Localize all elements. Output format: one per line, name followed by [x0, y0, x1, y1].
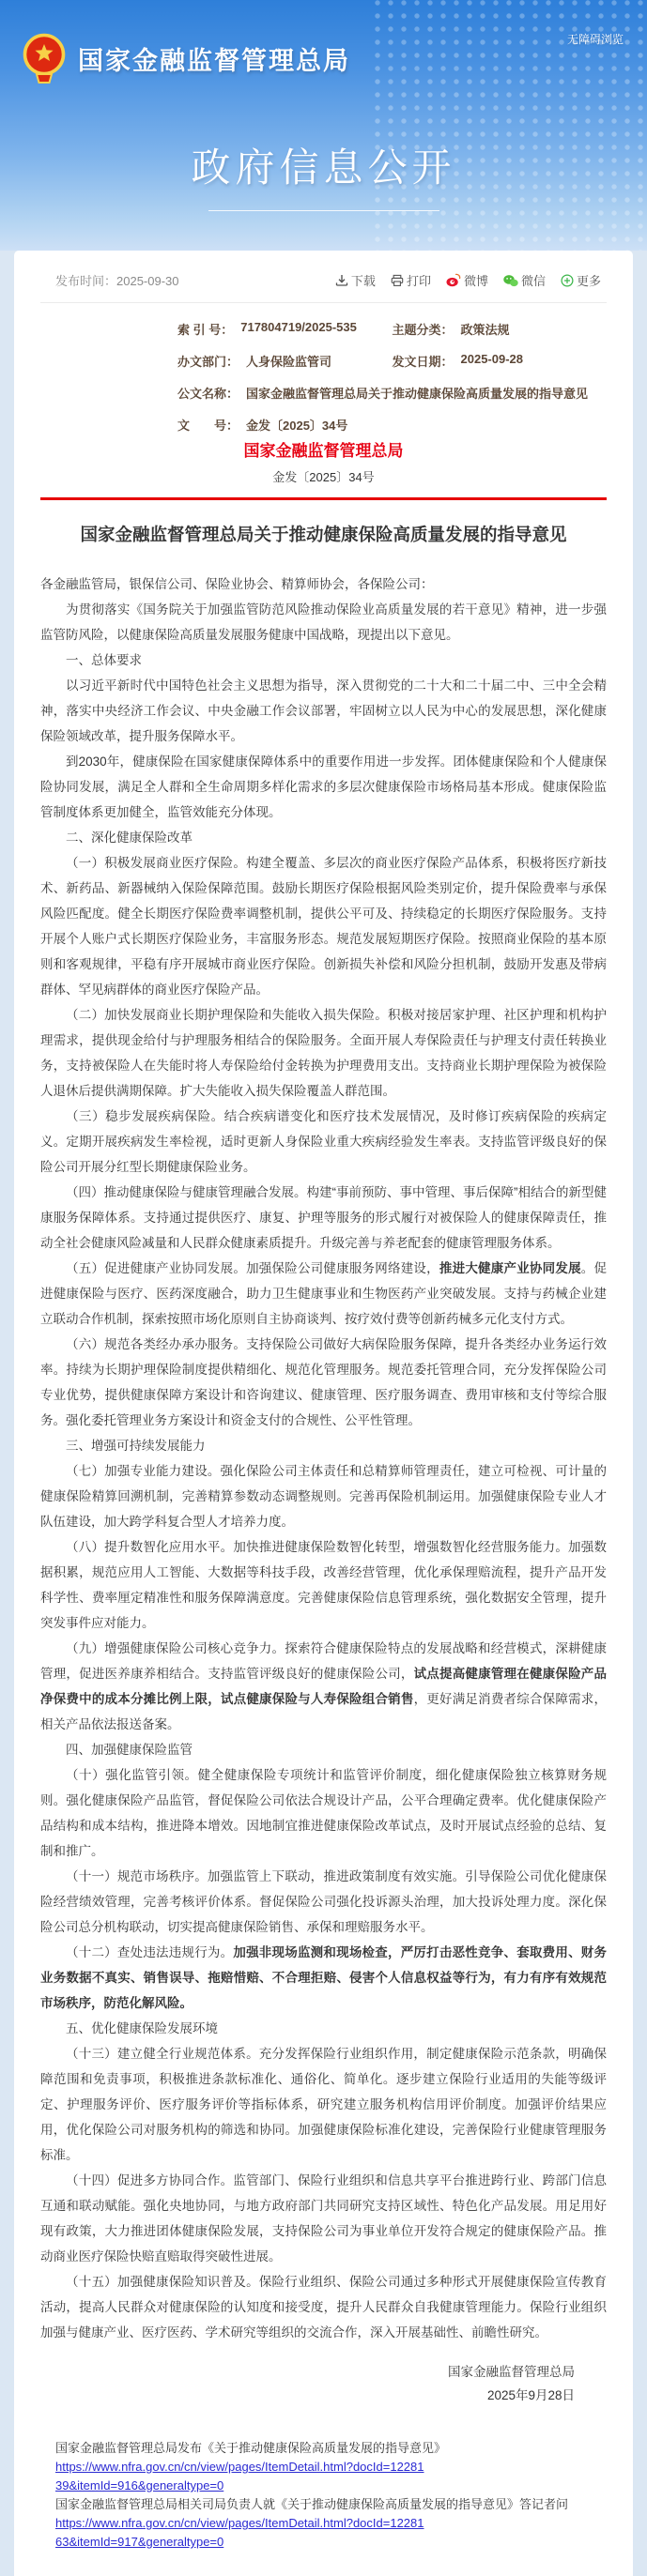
plus-circle-icon: [561, 274, 574, 287]
section-heading: 四、加强健康保险监管: [40, 1737, 607, 1762]
accessibility-link[interactable]: 无障碍浏览: [567, 31, 624, 47]
document-paragraph: （五）促进健康产业协同发展。加强保险公司健康服务网络建设，推进大健康产业协同发展…: [40, 1256, 607, 1332]
document-paragraph: （九）增强健康保险公司核心竞争力。探索符合健康保险特点的发展战略和经营模式，深耕…: [40, 1636, 607, 1737]
document-paragraph: （十）强化监管引领。健全健康保险专项统计和监管评价制度，细化健康保险独立核算财务…: [40, 1762, 607, 1864]
weibo-icon: [446, 273, 461, 287]
document-paragraph: （八）提升数智化应用水平。加快推进健康保险数智化转型，增强数智化经营服务能力。加…: [40, 1534, 607, 1636]
share-actions: 下载 打印 微博 微信 更多: [335, 271, 601, 289]
red-divider: [40, 497, 607, 500]
document-paragraph: （三）稳步发展疾病保险。结合疾病谱变化和医疗技术发展情况，及时修订疾病保险的疾病…: [40, 1104, 607, 1180]
national-emblem-icon: [21, 32, 68, 84]
document-paragraph: 各金融监管局，银保信公司、保险业协会、精算师协会，各保险公司：: [40, 572, 607, 597]
document-paragraph: （十二）查处违法违规行为。加强非现场监测和现场检查，严厉打击恶性竞争、套取费用、…: [40, 1940, 607, 2016]
document-paragraph: （十五）加强健康保险知识普及。保险行业组织、保险公司通过多种形式开展健康保险宣传…: [40, 2269, 607, 2345]
print-label: 打印: [407, 271, 431, 289]
document-paragraph: （十三）建立健全行业规范体系。充分发挥保险行业组织作用，制定健康保险示范条款，明…: [40, 2041, 607, 2168]
document-paragraph: （四）推动健康保险与健康管理融合发展。构建“事前预防、事中管理、事后保障”相结合…: [40, 1180, 607, 1256]
related-link-title: 国家金融监督管理总局相关司局负责人就《关于推动健康保险高质量发展的指导意见》答记…: [55, 2495, 607, 2514]
related-link-url[interactable]: https://www.nfra.gov.cn/cn/view/pages/It…: [55, 2458, 429, 2495]
share-wechat-label: 微信: [521, 271, 546, 289]
signature-block: 国家金融监督管理总局 2025年9月28日: [40, 2360, 607, 2407]
download-label: 下载: [351, 271, 376, 289]
print-button[interactable]: 打印: [391, 271, 431, 289]
share-weibo-label: 微博: [464, 271, 488, 289]
section-heading: 五、优化健康保险发展环境: [40, 2016, 607, 2041]
document-paragraph: （一）积极发展商业医疗保险。构建全覆盖、多层次的商业医疗保险产品体系，积极将医疗…: [40, 850, 607, 1002]
document-number: 金发〔2025〕34号: [40, 467, 607, 485]
document-meta: 索 引 号：717804719/2025-535 主题分类：政策法规 办文部门：…: [177, 320, 607, 434]
meta-row: 文 号：金发〔2025〕34号: [177, 416, 607, 434]
meta-issue-date: 发文日期：2025-09-28: [393, 352, 608, 370]
download-button[interactable]: 下载: [335, 271, 376, 289]
document-paragraph: （七）加强专业能力建设。强化保险公司主体责任和总精算师管理责任，建立可检视、可计…: [40, 1458, 607, 1534]
meta-index-number: 索 引 号：717804719/2025-535: [177, 320, 393, 338]
print-icon: [391, 274, 404, 287]
document-issuer: 国家金融监督管理总局: [40, 437, 607, 461]
document-paragraph: （二）加快发展商业长期护理保险和失能收入损失保险。积极对接居家护理、社区护理和机…: [40, 1002, 607, 1104]
publish-date-value: 2025-09-30: [116, 274, 179, 288]
related-link-url[interactable]: https://www.nfra.gov.cn/cn/view/pages/It…: [55, 2514, 429, 2552]
document-paragraph: 为贯彻落实《国务院关于加强监管防范风险推动保险业高质量发展的若干意见》精神，进一…: [40, 597, 607, 648]
site-org-name: 国家金融监督管理总局: [78, 40, 350, 77]
banner-title: 政府信息公开: [0, 137, 647, 193]
document-paragraph: （十一）规范市场秩序。加强监管上下联动，推进政策制度有效实施。引导保险公司优化健…: [40, 1864, 607, 1940]
related-links: 国家金融监督管理总局发布《关于推动健康保险高质量发展的指导意见》 https:/…: [40, 2439, 607, 2552]
document-paragraph: 到2030年，健康保险在国家健康保障体系中的重要作用进一步发挥。团体健康保险和个…: [40, 749, 607, 825]
article-card: 发布时间：2025-09-30 下载 打印 微博 微信 更多: [14, 251, 633, 2576]
meta-document-number: 文 号：金发〔2025〕34号: [177, 416, 347, 434]
article-toolbar: 发布时间：2025-09-30 下载 打印 微博 微信 更多: [40, 251, 607, 303]
site-brand: 国家金融监督管理总局: [21, 32, 350, 84]
share-wechat-button[interactable]: 微信: [503, 271, 546, 289]
signature-date: 2025年9月28日: [40, 2384, 575, 2407]
section-heading: 三、增强可持续发展能力: [40, 1433, 607, 1458]
share-more-label: 更多: [577, 271, 601, 289]
document-paragraph: （十四）促进多方协同合作。监管部门、保险行业组织和信息共享平台推进跨行业、跨部门…: [40, 2168, 607, 2269]
signature-org: 国家金融监督管理总局: [40, 2360, 575, 2384]
meta-row: 办文部门：人身保险监管司 发文日期：2025-09-28: [177, 352, 607, 370]
download-icon: [335, 274, 348, 287]
section-heading: 一、总体要求: [40, 648, 607, 673]
wechat-icon: [503, 274, 518, 287]
banner-underline: [208, 210, 439, 211]
document-title: 国家金融监督管理总局关于推动健康保险高质量发展的指导意见: [50, 523, 597, 547]
share-weibo-button[interactable]: 微博: [446, 271, 488, 289]
document-paragraph: （六）规范各类经办承办服务。支持保险公司做好大病保险服务保障，提升各类经办业务运…: [40, 1332, 607, 1433]
related-link-title: 国家金融监督管理总局发布《关于推动健康保险高质量发展的指导意见》: [55, 2439, 607, 2458]
site-header: 无障碍浏览 国家金融监督管理总局 政府信息公开: [0, 0, 647, 251]
meta-topic-category: 主题分类：政策法规: [393, 320, 608, 338]
meta-issuing-department: 办文部门：人身保险监管司: [177, 352, 393, 370]
publish-date-label: 发布时间：: [55, 274, 116, 288]
share-more-button[interactable]: 更多: [561, 271, 601, 289]
publish-date: 发布时间：2025-09-30: [55, 271, 179, 289]
meta-row: 索 引 号：717804719/2025-535 主题分类：政策法规: [177, 320, 607, 338]
document-paragraph: 以习近平新时代中国特色社会主义思想为指导，深入贯彻党的二十大和二十届二中、三中全…: [40, 673, 607, 749]
meta-row: 公文名称：国家金融监督管理总局关于推动健康保险高质量发展的指导意见: [177, 384, 607, 402]
document-body: 各金融监管局，银保信公司、保险业协会、精算师协会，各保险公司：为贯彻落实《国务院…: [40, 572, 607, 2345]
section-heading: 二、深化健康保险改革: [40, 825, 607, 850]
meta-document-name: 公文名称：国家金融监督管理总局关于推动健康保险高质量发展的指导意见: [177, 384, 588, 402]
